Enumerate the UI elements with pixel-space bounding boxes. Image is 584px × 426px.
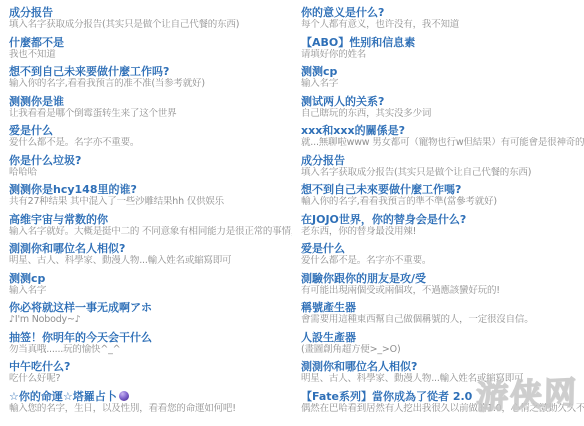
quiz-link[interactable]: 测测你是谁 — [9, 95, 292, 108]
quiz-link[interactable]: 想不到自己未來要做什麼工作嗎? — [301, 183, 584, 196]
quiz-description: 老东西，你的替身最没用辣! — [301, 226, 584, 239]
quiz-description: 輸入你的名字,看看我預言的準不準(當參考就好) — [301, 196, 584, 209]
quiz-item: 测测cp输入名字 — [301, 65, 584, 91]
quiz-item: 在JOJO世界，你的替身会是什么?老东西，你的替身最没用辣! — [301, 213, 584, 239]
quiz-title-text: 你是什么垃圾? — [9, 154, 81, 167]
quiz-title-text: 中午吃什么? — [9, 360, 70, 373]
quiz-link[interactable]: 你是什么垃圾? — [9, 154, 292, 167]
quiz-description: 每个人都有意义，也许没有，我不知道 — [301, 19, 584, 32]
quiz-description: 輸入您的名字，生日，以及性別，看看您的命運如何吧! — [9, 403, 292, 416]
quiz-link[interactable]: 中午吃什么? — [9, 360, 292, 373]
quiz-item: 爱是什么爱什么都不是。名字亦不重要。 — [301, 242, 584, 268]
quiz-link[interactable]: 人設生產器 — [301, 331, 584, 344]
quiz-description: 让我看看是哪个倒霉蛋转生来了这个世界 — [9, 108, 292, 121]
quiz-title-text: 人設生產器 — [301, 331, 356, 344]
quiz-description: 填入名字获取成分报告(其实只是做个让自己代餐的东西) — [301, 167, 584, 180]
quiz-link[interactable]: 【ABO】性别和信息素 — [301, 36, 584, 49]
quiz-title-text: 【Fate系列】當你成為了從者 2.0 — [301, 390, 472, 403]
quiz-item: 什麼都不是我也不知道 — [9, 36, 292, 62]
quiz-link[interactable]: 测试两人的关系? — [301, 95, 584, 108]
quiz-item: 测测cp输入名字 — [9, 272, 292, 298]
quiz-description: 明星、古人、科學家、動漫人物...輸入姓名或縮寫即可 — [9, 255, 292, 268]
quiz-description: 爱什么都不是。名字亦不重要。 — [301, 255, 584, 268]
quiz-item: 測驗你跟你的朋友是攻/受有可能出現兩個受或兩個攻，不過應該蠻好玩的! — [301, 272, 584, 298]
quiz-link[interactable]: 測驗你跟你的朋友是攻/受 — [301, 272, 584, 285]
quiz-item: 抽签！你明年的今天会干什么勿当真哦......玩的愉快^_^ — [9, 331, 292, 357]
quiz-description: 會需要用這種東西幫自己做個稱號的人，一定很沒自信。 — [301, 314, 584, 327]
quiz-title-text: 成分报告 — [301, 154, 345, 167]
crystal-ball-icon — [119, 391, 129, 401]
quiz-title-text: ☆你的命運☆塔羅占卜 — [9, 390, 117, 403]
quiz-link[interactable]: 成分报告 — [301, 154, 584, 167]
quiz-title-text: 爱是什么 — [9, 124, 53, 137]
quiz-description: 爱什么都不是。名字亦不重要。 — [9, 137, 292, 150]
quiz-link[interactable]: 测测cp — [301, 65, 584, 78]
quiz-description: ♪I'm Nobody~♪ — [9, 314, 292, 327]
quiz-item: 你必将就这样一事无成啊アホ♪I'm Nobody~♪ — [9, 301, 292, 327]
quiz-description: (畫圖創角超方便>_>O) — [301, 344, 584, 357]
quiz-description: 吃什么好呢? — [9, 373, 292, 386]
quiz-title-text: 测测cp — [301, 65, 337, 78]
quiz-description: 输入名字就好。大概是挺中二的 不同意象有相同能力是很正常的事情，毕竟... — [9, 226, 292, 239]
quiz-link[interactable]: 你必将就这样一事无成啊アホ — [9, 301, 292, 314]
quiz-title-text: 高维宇宙与常数的你 — [9, 213, 108, 226]
quiz-description: 输入名字 — [301, 78, 584, 91]
quiz-item: 人設生產器(畫圖創角超方便>_>O) — [301, 331, 584, 357]
quiz-item: 中午吃什么?吃什么好呢? — [9, 360, 292, 386]
quiz-title-text: 測測你和哪位名人相似? — [301, 360, 417, 373]
quiz-item: 你是什么垃圾?哈哈哈 — [9, 154, 292, 180]
quiz-title-text: 测试两人的关系? — [301, 95, 384, 108]
quiz-description: 填入名字获取成分报告(其实只是做个让自己代餐的东西) — [9, 19, 292, 32]
quiz-title-text: 稱號產生器 — [301, 301, 356, 314]
quiz-description: 偶然在巴哈看到居然有人挖出我很久以前做的1.0，心情之激動久久不能平... — [301, 403, 584, 416]
quiz-link[interactable]: xxx和xxx的關係是? — [301, 124, 584, 137]
quiz-title-text: 测测你是谁 — [9, 95, 64, 108]
quiz-link[interactable]: 爱是什么 — [9, 124, 292, 137]
quiz-item: 测测你是谁让我看看是哪个倒霉蛋转生来了这个世界 — [9, 95, 292, 121]
quiz-description: 我也不知道 — [9, 49, 292, 62]
quiz-description: 就...無聊啦www 男女都可（寵物也行w但結果）有可能會是很神奇的關係w ..… — [301, 137, 584, 150]
quiz-title-text: 测测你是hcy148里的谁? — [9, 183, 137, 196]
quiz-title-text: 测测cp — [9, 272, 45, 285]
quiz-item: 你的意义是什么?每个人都有意义，也许没有，我不知道 — [301, 6, 584, 32]
quiz-item: 测试两人的关系?自己瞎玩的东西，其实没多少词 — [301, 95, 584, 121]
quiz-column-right: 你的意义是什么?每个人都有意义，也许没有，我不知道【ABO】性别和信息素请填好你… — [292, 6, 584, 419]
quiz-link[interactable]: 测测你是hcy148里的谁? — [9, 183, 292, 196]
quiz-description: 输入你的名字,看看我预言的准不准(当参考就好) — [9, 78, 292, 91]
quiz-link[interactable]: 測測你和哪位名人相似? — [301, 360, 584, 373]
quiz-title-text: 爱是什么 — [301, 242, 345, 255]
quiz-title-text: 測測你和哪位名人相似? — [9, 242, 125, 255]
quiz-description: 明星、古人、科學家、動漫人物...輸入姓名或縮寫即可 — [301, 373, 584, 386]
quiz-description: 请填好你的姓名 — [301, 49, 584, 62]
quiz-item: 爱是什么爱什么都不是。名字亦不重要。 — [9, 124, 292, 150]
quiz-item: 【Fate系列】當你成為了從者 2.0偶然在巴哈看到居然有人挖出我很久以前做的1… — [301, 390, 584, 416]
quiz-item: xxx和xxx的關係是?就...無聊啦www 男女都可（寵物也行w但結果）有可能… — [301, 124, 584, 150]
quiz-title-text: 你的意义是什么? — [301, 6, 384, 19]
quiz-title-text: 在JOJO世界，你的替身会是什么? — [301, 213, 466, 226]
quiz-title-text: 想不到自己未來要做什麼工作嗎? — [301, 183, 461, 196]
quiz-item: ☆你的命運☆塔羅占卜輸入您的名字，生日，以及性別，看看您的命運如何吧! — [9, 390, 292, 416]
quiz-item: 【ABO】性别和信息素请填好你的姓名 — [301, 36, 584, 62]
quiz-link[interactable]: 爱是什么 — [301, 242, 584, 255]
quiz-item: 成分报告填入名字获取成分报告(其实只是做个让自己代餐的东西) — [301, 154, 584, 180]
quiz-link[interactable]: ☆你的命運☆塔羅占卜 — [9, 390, 292, 403]
quiz-link[interactable]: 测测cp — [9, 272, 292, 285]
quiz-item: 高维宇宙与常数的你输入名字就好。大概是挺中二的 不同意象有相同能力是很正常的事情… — [9, 213, 292, 239]
quiz-title-text: 抽签！你明年的今天会干什么 — [9, 331, 152, 344]
quiz-link[interactable]: 稱號產生器 — [301, 301, 584, 314]
quiz-link[interactable]: 【Fate系列】當你成為了從者 2.0 — [301, 390, 584, 403]
quiz-title-text: 什麼都不是 — [9, 36, 64, 49]
quiz-item: 稱號產生器會需要用這種東西幫自己做個稱號的人，一定很沒自信。 — [301, 301, 584, 327]
quiz-description: 有可能出現兩個受或兩個攻，不過應該蠻好玩的! — [301, 285, 584, 298]
quiz-link[interactable]: 你的意义是什么? — [301, 6, 584, 19]
quiz-item: 想不到自己未来要做什麼工作吗?输入你的名字,看看我预言的准不准(当参考就好) — [9, 65, 292, 91]
quiz-column-left: 成分报告填入名字获取成分报告(其实只是做个让自己代餐的东西)什麼都不是我也不知道… — [0, 6, 292, 419]
quiz-title-text: 測驗你跟你的朋友是攻/受 — [301, 272, 426, 285]
quiz-description: 勿当真哦......玩的愉快^_^ — [9, 344, 292, 357]
quiz-link[interactable]: 在JOJO世界，你的替身会是什么? — [301, 213, 584, 226]
quiz-title-text: 想不到自己未来要做什麼工作吗? — [9, 65, 169, 78]
quiz-description: 自己瞎玩的东西，其实没多少词 — [301, 108, 584, 121]
quiz-link[interactable]: 高维宇宙与常数的你 — [9, 213, 292, 226]
quiz-description: 输入名字 — [9, 285, 292, 298]
quiz-item: 想不到自己未來要做什麼工作嗎?輸入你的名字,看看我預言的準不準(當參考就好) — [301, 183, 584, 209]
quiz-item: 测测你是hcy148里的谁?共有27种结果 其中混入了一些沙雕结果hh 仅供娱乐 — [9, 183, 292, 209]
quiz-item: 成分报告填入名字获取成分报告(其实只是做个让自己代餐的东西) — [9, 6, 292, 32]
quiz-item: 測測你和哪位名人相似?明星、古人、科學家、動漫人物...輸入姓名或縮寫即可 — [9, 242, 292, 268]
quiz-title-text: 你必将就这样一事无成啊アホ — [9, 301, 152, 314]
quiz-link[interactable]: 想不到自己未来要做什麼工作吗? — [9, 65, 292, 78]
quiz-link[interactable]: 抽签！你明年的今天会干什么 — [9, 331, 292, 344]
quiz-link[interactable]: 成分报告 — [9, 6, 292, 19]
quiz-title-text: 【ABO】性别和信息素 — [301, 36, 415, 49]
quiz-title-text: xxx和xxx的關係是? — [301, 124, 405, 137]
quiz-description: 共有27种结果 其中混入了一些沙雕结果hh 仅供娱乐 — [9, 196, 292, 209]
quiz-title-text: 成分报告 — [9, 6, 53, 19]
quiz-list: 成分报告填入名字获取成分报告(其实只是做个让自己代餐的东西)什麼都不是我也不知道… — [0, 0, 584, 419]
quiz-description: 哈哈哈 — [9, 167, 292, 180]
quiz-link[interactable]: 測測你和哪位名人相似? — [9, 242, 292, 255]
quiz-link[interactable]: 什麼都不是 — [9, 36, 292, 49]
quiz-item: 測測你和哪位名人相似?明星、古人、科學家、動漫人物...輸入姓名或縮寫即可 — [301, 360, 584, 386]
